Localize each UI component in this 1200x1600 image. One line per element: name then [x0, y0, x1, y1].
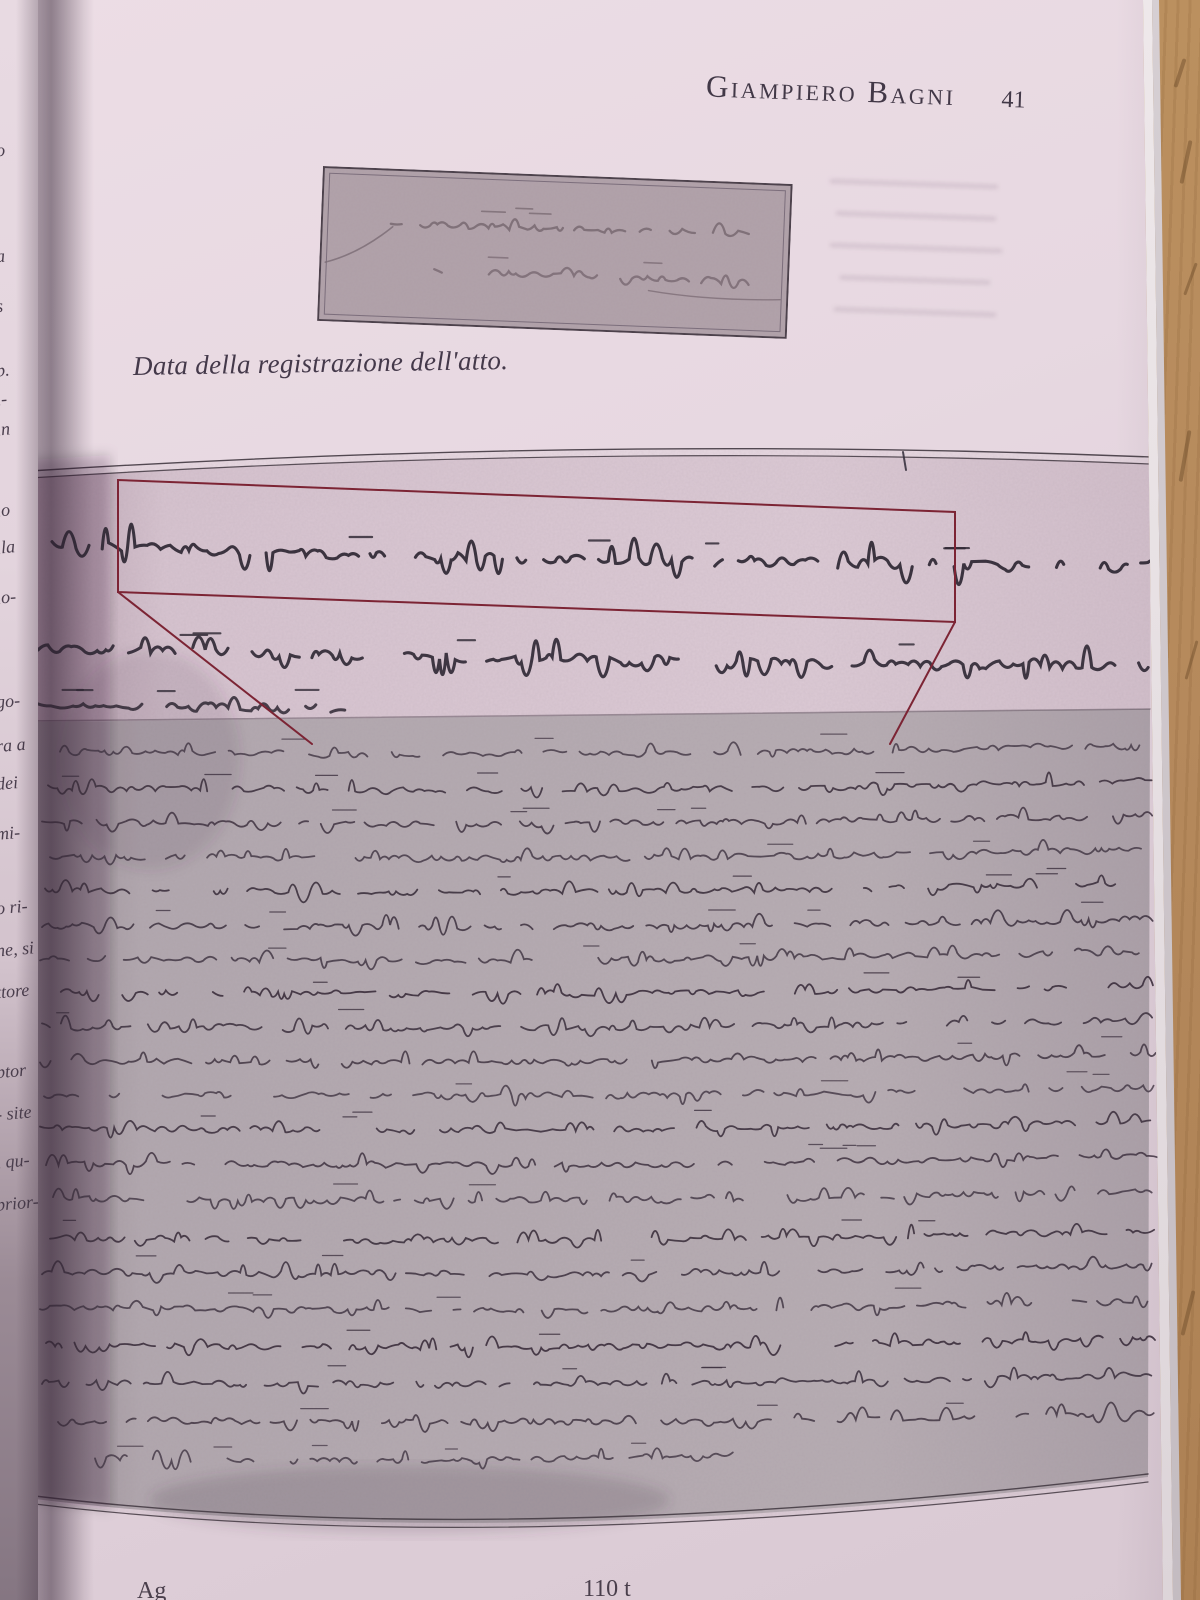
book-photo: { "page": { "header": { "author": "Giamp… — [0, 0, 1200, 1600]
facing-page-text-fragment: a — [0, 246, 6, 268]
parchment-texture — [319, 168, 790, 337]
facing-page-text-fragment: i- — [0, 389, 8, 411]
running-header: Giampiero Bagni 41 — [705, 68, 1026, 115]
handwriting-stroke — [530, 213, 551, 214]
bottom-cutoff-number: 110 t — [583, 1576, 631, 1600]
wood-grain-streak — [1185, 640, 1199, 679]
wood-grain-streak — [1180, 1290, 1195, 1336]
handwriting-stroke — [482, 211, 506, 212]
facing-page-text-fragment: io- — [0, 586, 17, 609]
facing-page-text-fragment: mi- — [0, 822, 21, 845]
handwriting-stroke — [516, 208, 533, 209]
facing-page-text-fragment: prior- — [0, 1191, 39, 1216]
bottom-cutoff-caption: Ag — [137, 1578, 166, 1600]
show-through-text — [836, 211, 996, 221]
facing-page-text-fragment: s — [0, 296, 4, 318]
facing-page-text-fragment: lo — [0, 499, 11, 521]
header-author: Giampiero Bagni — [705, 68, 956, 113]
facing-page-text-fragment: o ri- — [0, 896, 28, 920]
wood-grain-streak — [1173, 58, 1186, 88]
parchment-background — [30, 455, 110, 1510]
book-page: Giampiero Bagni 41 Data della registrazi… — [0, 0, 1200, 1600]
handwriting-stroke — [644, 263, 662, 264]
show-through-text — [834, 307, 996, 317]
show-through-text — [830, 179, 998, 189]
facing-page-text-fragment: ttore — [0, 980, 30, 1004]
facing-page-text-fragment: in — [0, 418, 11, 440]
figure-notarial-manuscript — [0, 440, 1200, 1600]
facing-page-text-fragment: p. — [0, 359, 10, 381]
facing-page-text-fragment: ra a — [0, 734, 26, 757]
facing-page-text-fragment: i qu- — [0, 1150, 30, 1174]
wood-grain-streak — [1183, 263, 1197, 296]
show-through-text — [830, 243, 1002, 253]
facing-page-text-fragment: go- — [0, 690, 21, 713]
handwriting-stroke — [488, 257, 507, 258]
facing-page-text-fragment: ptor — [0, 1060, 27, 1084]
page-number: 41 — [1001, 87, 1026, 115]
facing-page-edge: o,asp.i-inlollaio-go-ra adeimi-o ri-ne, … — [0, 0, 38, 1600]
facing-page-text-fragment: lla — [0, 536, 16, 559]
facing-page-text-fragment: dei — [0, 772, 19, 795]
facing-page-text-fragment: - site — [0, 1101, 32, 1125]
show-through-text — [840, 275, 990, 284]
facing-page-text-fragment: ne, si — [0, 937, 35, 961]
parchment-background — [150, 1466, 670, 1534]
wood-grain-streak — [1179, 430, 1192, 482]
figure-caption: Data della registrazione dell'atto. — [133, 345, 509, 382]
facing-page-text-fragment: o — [0, 140, 6, 162]
facing-page-text-fragment: , — [0, 198, 1, 219]
wood-grain-streak — [1179, 140, 1192, 184]
figure-registration-date — [317, 166, 793, 344]
